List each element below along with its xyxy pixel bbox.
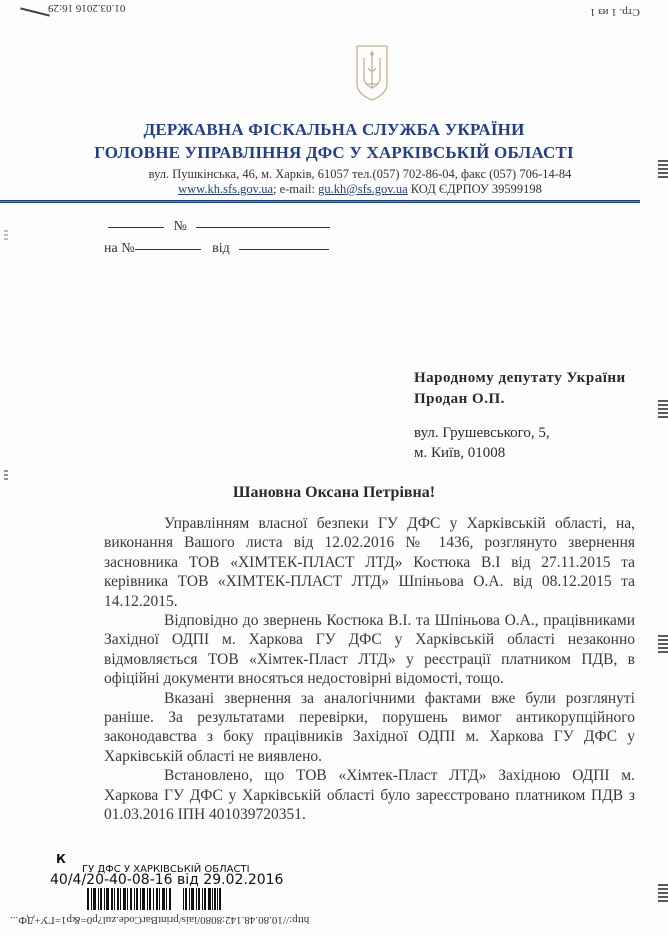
email-label: ; e-mail: xyxy=(273,182,318,196)
paragraph: Встановлено, що ТОВ «Хімтек-Пласт ЛТД» З… xyxy=(104,766,635,824)
paragraph: Відповідно до звернень Костюка В.І. та Ш… xyxy=(104,611,635,689)
website-link[interactable]: www.kh.sfs.gov.ua xyxy=(178,182,273,196)
tryzub-coat-of-arms-icon xyxy=(355,44,389,102)
reply-reference-row: на № від xyxy=(104,241,329,257)
fax-timestamp: 01.03.2016 16:29 xyxy=(48,2,125,14)
org-name-line-2: ГОЛОВНЕ УПРАВЛІННЯ ДФС У ХАРКІВСЬКІЙ ОБЛ… xyxy=(0,143,668,163)
barcode-icon xyxy=(87,888,259,910)
number-sign: № xyxy=(174,219,187,234)
org-name-line-1: ДЕРЖАВНА ФІСКАЛЬНА СЛУЖБА УКРАЇНИ xyxy=(0,120,668,140)
date-blank xyxy=(108,226,164,228)
reply-date-blank xyxy=(239,248,329,250)
scan-registration-mark xyxy=(4,470,8,482)
paragraph: Вказані звернення за аналогічними фактам… xyxy=(104,689,635,767)
reply-number-blank xyxy=(135,248,201,250)
scan-registration-mark xyxy=(658,884,668,904)
scan-registration-mark xyxy=(658,635,668,655)
reply-to-label: на № xyxy=(104,241,135,256)
pen-mark xyxy=(20,7,50,16)
recipient-title: Народному депутату України xyxy=(414,370,626,387)
scan-registration-mark xyxy=(658,160,668,180)
edrpou-code: КОД ЄДРПОУ 39599198 xyxy=(408,182,542,196)
outgoing-number-row: № xyxy=(108,219,330,235)
recipient-street: вул. Грушевського, 5, xyxy=(414,425,550,442)
stamp-registration-number: 40/4/20-40-08-16 від 29.02.2016 xyxy=(50,872,283,888)
footer-url: http://10.80.48.142:8080/iais/printBarCo… xyxy=(10,914,309,926)
scan-registration-mark xyxy=(4,230,8,242)
stamp-letter: К xyxy=(56,852,66,866)
scan-registration-mark xyxy=(658,400,668,420)
email-link[interactable]: gu.kh@sfs.gov.ua xyxy=(318,182,408,196)
letterhead-divider xyxy=(0,200,640,203)
number-blank xyxy=(196,226,330,228)
fax-page-indicator: Стр. 1 из 1 xyxy=(590,6,640,18)
org-contacts: www.kh.sfs.gov.ua; e-mail: gu.kh@sfs.gov… xyxy=(60,182,660,197)
letter-body: Управлінням власної безпеки ГУ ДФС у Хар… xyxy=(104,514,635,825)
from-label: від xyxy=(212,241,230,256)
paragraph: Управлінням власної безпеки ГУ ДФС у Хар… xyxy=(104,514,635,611)
recipient-city: м. Київ, 01008 xyxy=(414,445,505,462)
salutation: Шановна Оксана Петрівна! xyxy=(0,484,668,502)
recipient-name: Продан О.П. xyxy=(414,391,505,408)
org-address: вул. Пушкінська, 46, м. Харків, 61057 те… xyxy=(60,167,660,182)
